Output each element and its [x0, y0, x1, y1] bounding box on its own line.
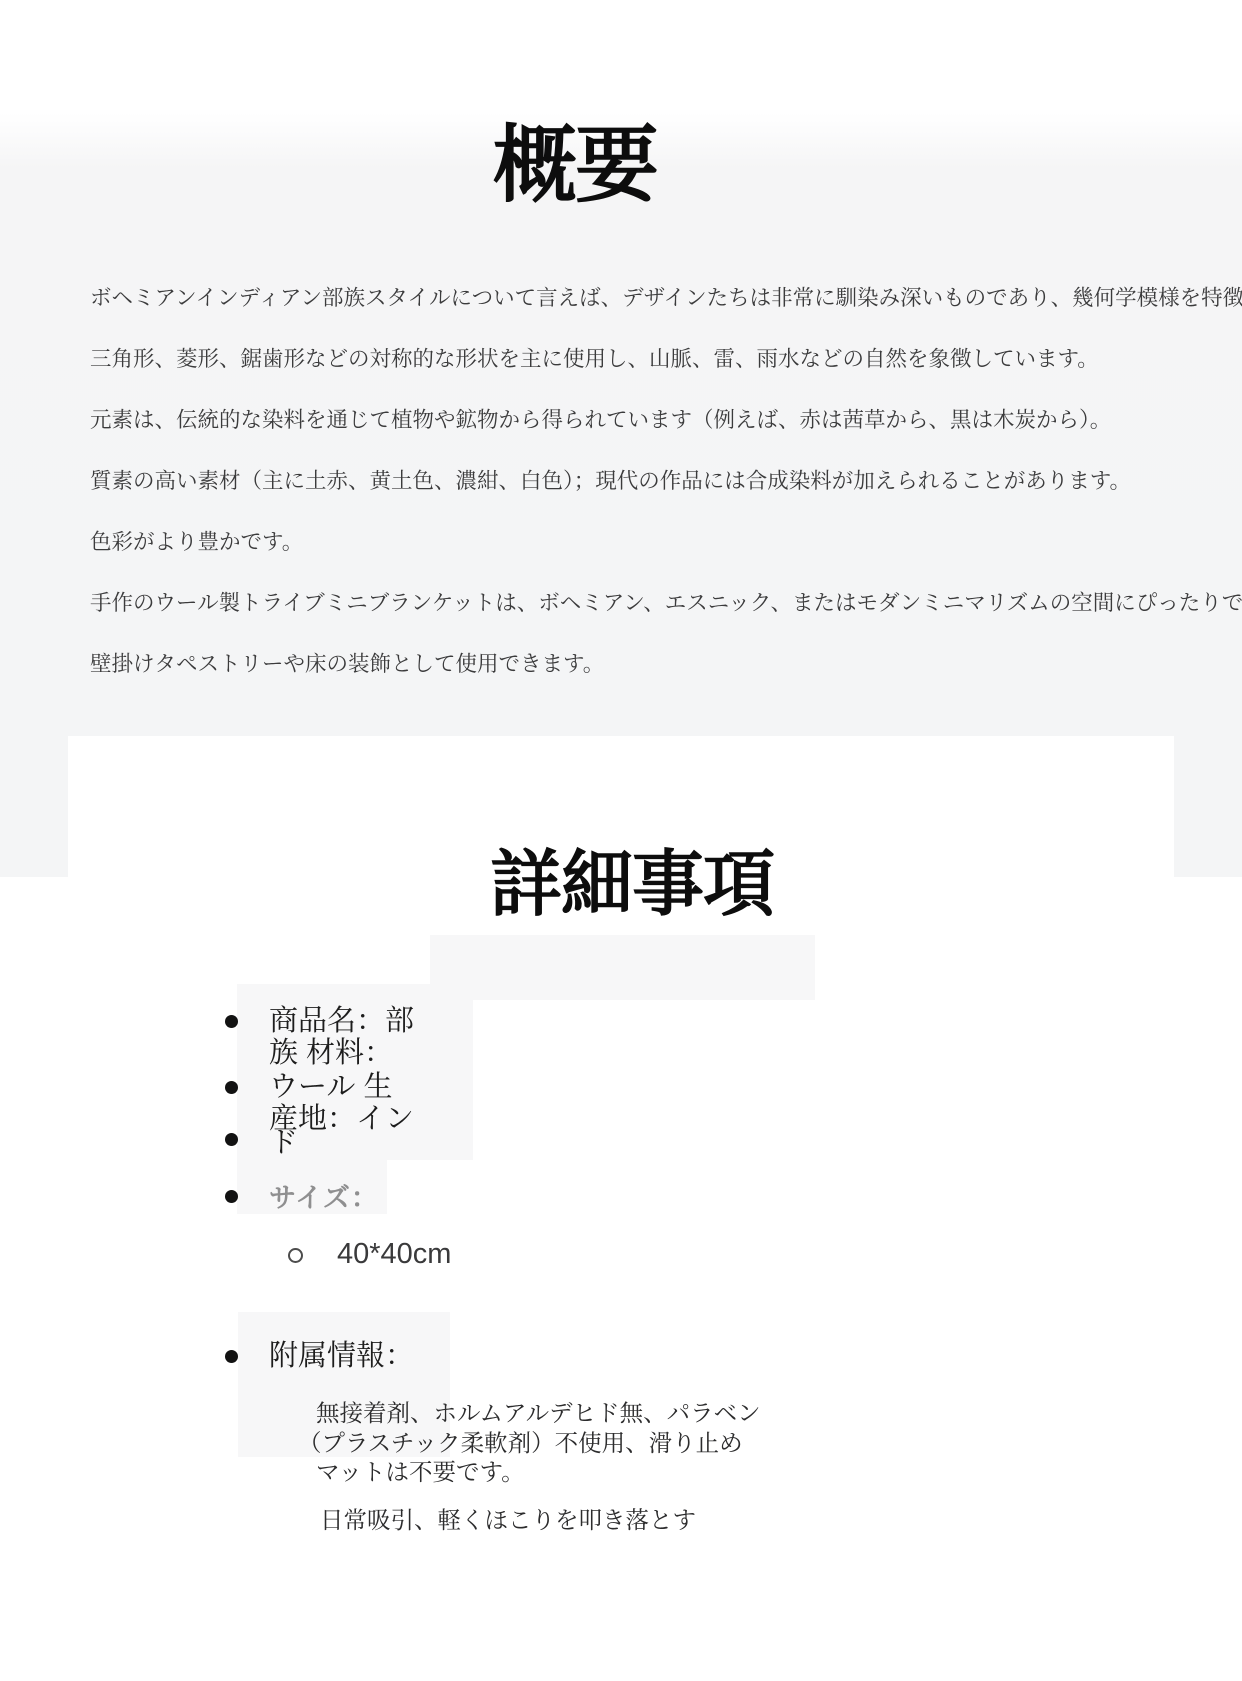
image-placeholder	[430, 935, 815, 1000]
bullet-dot-icon	[225, 1190, 238, 1203]
notes-line: マットは不要です。	[316, 1458, 761, 1488]
bullet-item-product-name: 商品名：部 族 材料：	[269, 1005, 414, 1069]
notes-line: （プラスチック柔軟剤）不使用、滑り止め	[298, 1429, 761, 1459]
bullet-dot-icon	[225, 1015, 238, 1028]
overview-paragraph: 手作のウール製トライブミニブランケットは、ボヘミアン、エスニック、またはモダンミ…	[90, 590, 1242, 616]
sub-bullet-circle-icon	[288, 1248, 303, 1263]
notes-line: 無接着剤、ホルムアルデヒド無、パラベン	[316, 1399, 761, 1429]
overview-paragraph: 元素は、伝統的な染料を通じて植物や鉱物から得られています（例えば、赤は茜草から、…	[90, 407, 1111, 433]
bullet-item-origin-tail: ド	[269, 1127, 298, 1159]
product-description-page: 概要 ボヘミアンインディアン部族スタイルについて言えば、デザインたちは非常に馴染…	[0, 0, 1242, 1681]
bullet-dot-icon	[225, 1081, 238, 1094]
bullet-dot-icon	[225, 1350, 238, 1363]
extra-info-notes: 無接着剤、ホルムアルデヒド無、パラベン （プラスチック柔軟剤）不使用、滑り止め …	[316, 1399, 761, 1488]
bullet-line: ウール 生	[269, 1071, 414, 1103]
overview-paragraph: 質素の高い素材（主に土赤、黄土色、濃紺、白色）；現代の作品には合成染料が加えられ…	[90, 468, 1131, 494]
overview-paragraph: 三角形、菱形、鋸歯形などの対称的な形状を主に使用し、山脈、雷、雨水などの自然を象…	[90, 346, 1099, 372]
bullet-line: 族 材料：	[269, 1037, 414, 1069]
bullet-line: 商品名：部	[269, 1005, 414, 1037]
overview-paragraph: ボヘミアンインディアン部族スタイルについて言えば、デザインたちは非常に馴染み深い…	[90, 285, 1242, 311]
overview-paragraph: 色彩がより豊かです。	[90, 529, 303, 555]
bullet-line: ド	[269, 1127, 298, 1159]
bullet-dot-icon	[225, 1133, 238, 1146]
bullet-item-size: サイズ：	[269, 1182, 379, 1214]
size-value: 40*40cm	[337, 1238, 451, 1271]
details-heading: 詳細事項	[132, 849, 1132, 921]
bullet-item-extra-info: 附属情報：	[269, 1340, 414, 1372]
care-note: 日常吸引、軽くほこりを叩き落とす	[320, 1501, 696, 1535]
overview-paragraph: 壁掛けタペストリーや床の装飾として使用できます。	[90, 651, 604, 677]
bullet-item-material-origin: ウール 生 産地：イン	[269, 1071, 414, 1135]
overview-heading: 概要	[75, 123, 1075, 207]
